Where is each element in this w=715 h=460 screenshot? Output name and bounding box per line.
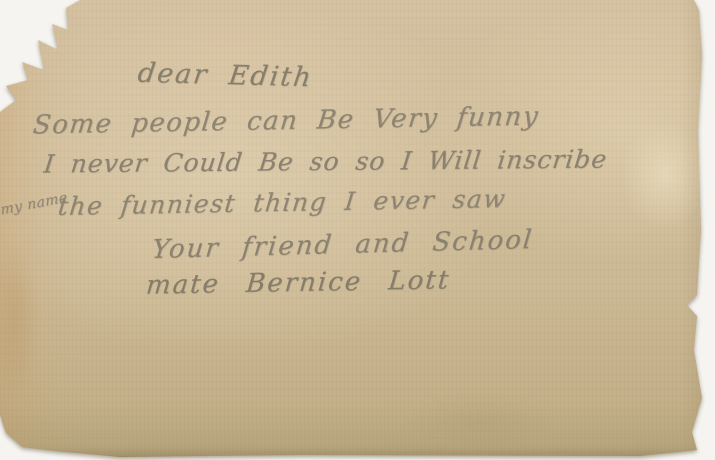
handwriting-line-1: Some people can Be Very funny [31, 102, 540, 141]
paper-shadow: dear Edith Some people can Be Very funny… [0, 0, 715, 460]
handwriting-line-2: I never Could Be so so I Will inscribe [42, 145, 609, 179]
paper-bottom-edge-shadow [0, 446, 715, 460]
paper-right-edge-shading [681, 0, 707, 460]
scan-background: dear Edith Some people can Be Very funny… [0, 0, 715, 460]
handwriting-greeting: dear Edith [136, 58, 315, 93]
paper-page: dear Edith Some people can Be Very funny… [0, 0, 715, 460]
paper-stain [0, 240, 40, 400]
handwriting-closing: Your friend and School [151, 225, 535, 265]
paper-stain [400, 390, 560, 450]
handwriting-line-3: the funniest thing I ever saw [57, 184, 508, 221]
paper-stain [620, 120, 710, 230]
handwriting-signature: mate Bernice Lott [145, 265, 452, 300]
